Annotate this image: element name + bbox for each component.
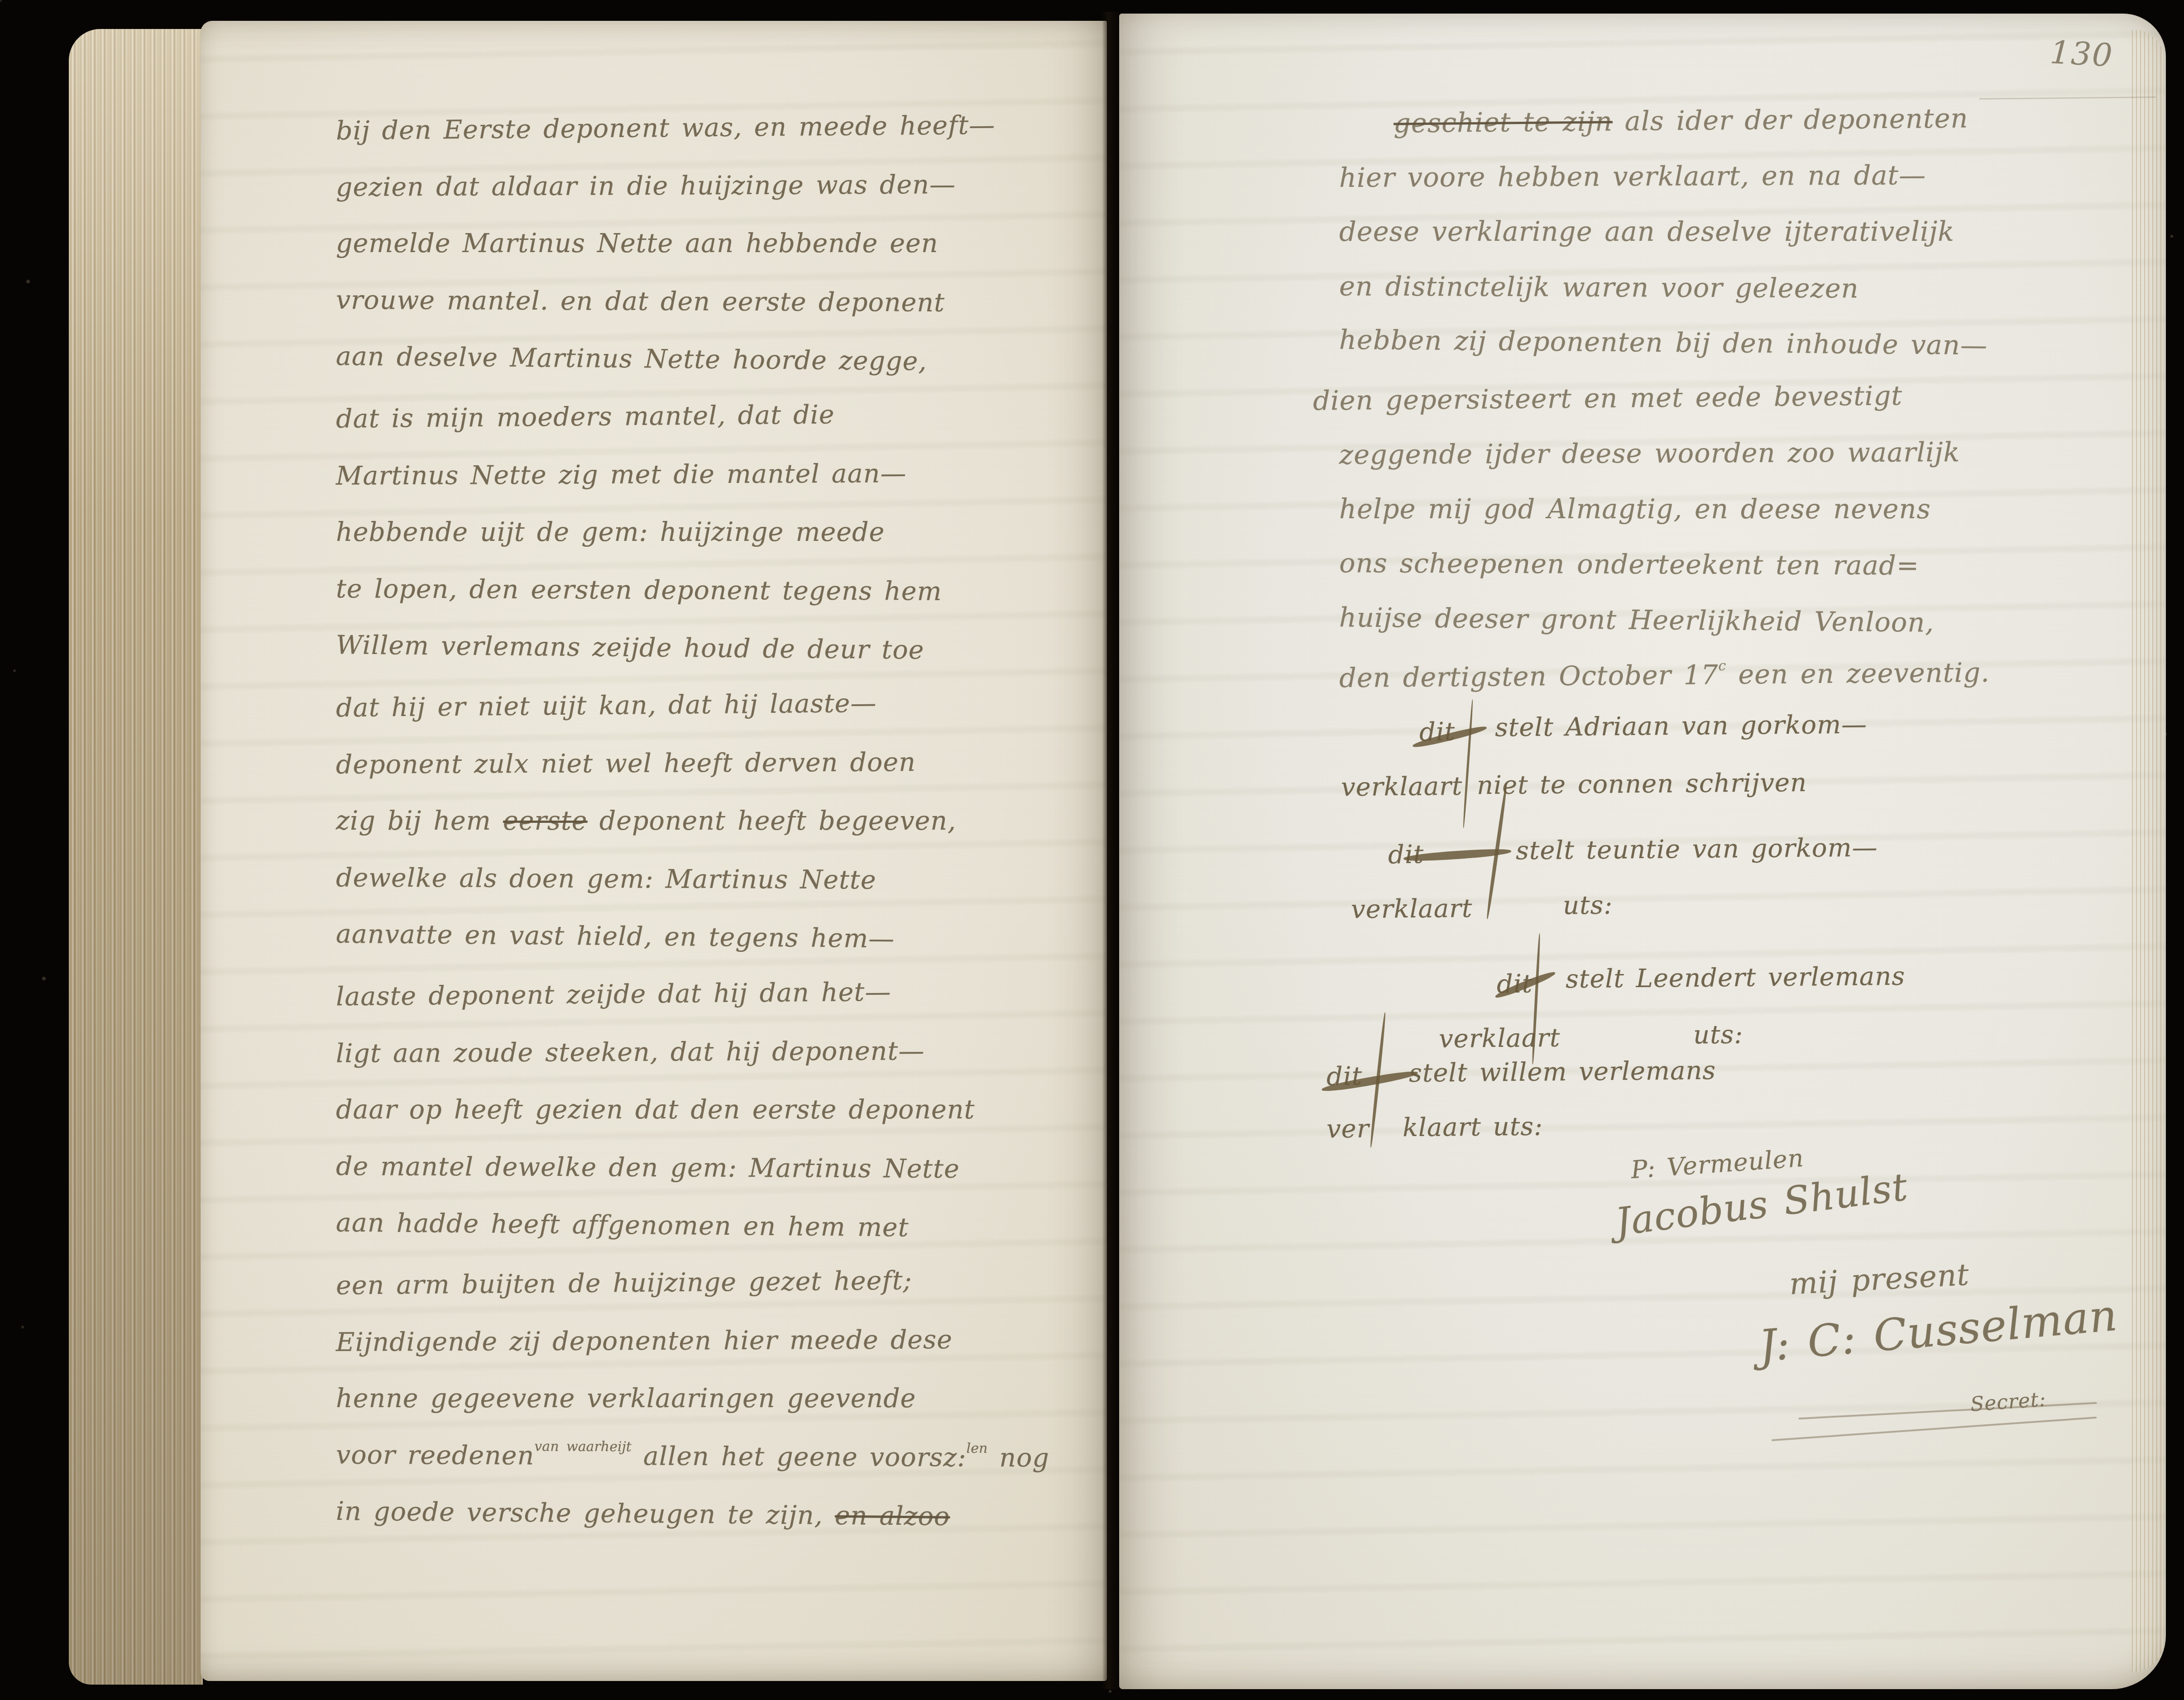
manuscript-line: aan deselve Martinus Nette hoorde zegge, [336,341,927,376]
signature-underline [1772,1417,2097,1441]
manuscript-line: gemelde Martinus Nette aan hebbende een [336,229,939,258]
text-run: hier voore hebben verklaart, en na dat— [1339,159,1926,193]
struck-text: geschiet te zijn [1394,105,1613,138]
manuscript-line: deponent zulx niet wel heeft derven doen [336,747,916,780]
text-run: en distinctelijk waren voor geleezen [1339,270,1859,304]
right-page: 130 geschiet te zijn als ider der depone… [1119,14,2166,1689]
text-run: helpe mij god Almagtig, en deese nevens [1339,493,1931,525]
text-run: vrouwe mantel. en dat den eerste deponen… [336,285,945,318]
page-number: 130 [2049,33,2114,74]
manuscript-line: Willem verlemans zeijde houd de deur toe [336,630,924,665]
text-run: ons scheepenen onderteekent ten raad= [1339,547,1920,581]
text-run: in goede versche geheugen te zijn, [336,1496,835,1531]
manuscript-line: henne gegeevene verklaaringen geevende [336,1384,916,1413]
manuscript-line: aanvatte en vast hield, en tegens hem— [336,919,895,954]
attestation-response: verklaart [1341,772,1463,802]
manuscript-line: Martinus Nette zig met die mantel aan— [336,458,907,491]
faint-ghost-rule [1979,96,2156,100]
attestation-statement: stelt teuntie van gorkom— [1516,833,1878,866]
manuscript-photo: bij den Eerste deponent was, en meede he… [0,0,2184,1700]
book-gutter [1102,12,1120,1689]
text-run: dien gepersisteert en met eede bevestigt [1313,380,1903,416]
signature: J: C: Cusselman [1757,1290,2120,1372]
superscript-insert: c [1718,658,1726,674]
manuscript-line: Eijndigende zij deponenten hier meede de… [336,1325,953,1357]
text-run: dat is mijn moeders mantel, dat die [336,400,835,434]
text-run: dat hij er niet uijt kan, dat hij laaste… [336,688,877,723]
struck-text: eerste [503,806,588,836]
manuscript-line: aan hadde heeft affgenomen en hem met [336,1208,909,1242]
text-run: bij den Eerste deponent was, en meede he… [336,110,996,146]
attestation-statement: stelt Adriaan van gorkom— [1495,710,1868,742]
manuscript-line: dien gepersisteert en met eede bevestigt [1313,380,1903,416]
dust-specks [0,0,2,2]
struck-text: en alzoo [835,1501,950,1532]
text-run: voor reedenen [336,1440,535,1471]
manuscript-line: hebbende uijt de gem: huijzinge meede [336,517,885,547]
fore-edge-shading [69,29,203,1685]
manuscript-line: bij den Eerste deponent was, en meede he… [336,110,996,146]
text-run: hebbende uijt de gem: huijzinge meede [336,517,885,547]
text-run: aan deselve Martinus Nette hoorde zegge, [336,341,927,376]
text-run: gezien dat aldaar in die huijzinge was d… [336,170,956,202]
manuscript-line: de mantel dewelke den gem: Martinus Nett… [336,1151,960,1184]
text-run: aan hadde heeft affgenomen en hem met [336,1208,909,1242]
signature: Secret: [1969,1388,2047,1416]
manuscript-line: geschiet te zijn als ider der deponenten [1394,102,1968,138]
left-page: bij den Eerste deponent was, en meede he… [201,21,1107,1681]
text-run: daar op heeft gezien dat den eerste depo… [336,1095,975,1125]
text-run: laaste deponent zeijde dat hij dan het— [336,977,891,1012]
manuscript-line: den dertigsten October 17c een en zeeven… [1339,657,1990,694]
bleedthrough-left [201,21,1107,1681]
text-run: te lopen, den eersten deponent tegens he… [336,574,942,606]
text-run: den dertigsten October 17 [1339,659,1719,693]
text-run: deponent zulx niet wel heeft derven doen [336,747,916,780]
text-run: henne gegeevene verklaaringen geevende [336,1384,916,1413]
attestation-response: klaart uts: [1403,1112,1543,1143]
text-run: gemelde Martinus Nette aan hebbende een [336,229,939,258]
text-run: als ider der deponenten [1613,102,1968,137]
signature: mij present [1788,1257,1970,1302]
witness-cross-mark [1462,699,1474,828]
signature-underline [1798,1402,2097,1420]
manuscript-line: zig bij hem eerste deponent heeft begeev… [336,806,956,836]
manuscript-line: helpe mij god Almagtig, en deese nevens [1339,493,1931,525]
manuscript-line: hebben zij deponenten bij den inhoude va… [1339,324,1988,361]
manuscript-line: daar op heeft gezien dat den eerste depo… [336,1095,975,1125]
attestation-response: niet te connen schrijven [1477,768,1807,800]
manuscript-line: ligt aan zoude steeken, dat hij deponent… [336,1036,925,1069]
manuscript-line: voor reedenenvan waarheijt allen het gee… [336,1440,1049,1473]
text-run: Eijndigende zij deponenten hier meede de… [336,1325,953,1357]
manuscript-line: in goede versche geheugen te zijn, en al… [336,1496,950,1532]
text-run: allen het geene voorsz: [632,1441,967,1472]
text-run: huijse deeser gront Heerlijkheid Venloon… [1339,602,1935,638]
attestation-response: verklaart [1351,894,1473,924]
manuscript-line: zeggende ijder deese woorden zoo waarlij… [1339,436,1960,470]
text-run: Willem verlemans zeijde houd de deur toe [336,630,924,665]
attestation-response: uts: [1563,891,1613,921]
text-run: zeggende ijder deese woorden zoo waarlij… [1339,436,1960,470]
text-run: nog [987,1443,1049,1473]
attestation-statement: stelt Leendert verlemans [1566,962,1906,994]
text-run: deponent heeft begeeven, [588,806,957,836]
text-run: de mantel dewelke den gem: Martinus Nett… [336,1151,960,1184]
manuscript-line: deese verklaringe aan deselve ijterative… [1339,216,1954,247]
manuscript-line: vrouwe mantel. en dat den eerste deponen… [336,285,945,318]
manuscript-line: ons scheepenen onderteekent ten raad= [1339,547,1920,581]
text-run: een en zeeventig. [1726,657,1990,690]
superscript-insert: van waarheijt [534,1438,632,1455]
superscript-insert: len [967,1441,988,1456]
text-run: dewelke als doen gem: Martinus Nette [336,863,876,895]
attestation-statement: stelt willem verlemans [1409,1056,1716,1088]
manuscript-line: te lopen, den eersten deponent tegens he… [336,574,942,606]
signature: P: Vermeulen [1630,1144,1805,1184]
book-fore-edge [69,29,203,1685]
attestation-response: uts: [1693,1020,1743,1050]
manuscript-line: en distinctelijk waren voor geleezen [1339,270,1859,304]
manuscript-line: huijse deeser gront Heerlijkheid Venloon… [1339,602,1935,638]
manuscript-line: dewelke als doen gem: Martinus Nette [336,863,876,895]
manuscript-line: gezien dat aldaar in die huijzinge was d… [336,170,956,202]
manuscript-line: een arm buijten de huijzinge gezet heeft… [336,1265,912,1300]
manuscript-line: hier voore hebben verklaart, en na dat— [1339,159,1926,193]
manuscript-line: laaste deponent zeijde dat hij dan het— [336,977,891,1012]
manuscript-line: dat is mijn moeders mantel, dat die [336,400,835,434]
manuscript-line: dat hij er niet uijt kan, dat hij laaste… [336,688,877,723]
attestation-response: verklaart [1439,1023,1561,1054]
text-run: ligt aan zoude steeken, dat hij deponent… [336,1036,925,1069]
text-run: zig bij hem [336,806,503,836]
page-edges-right [2131,30,2164,1673]
attestation-response: ver [1327,1114,1370,1144]
text-run: hebben zij deponenten bij den inhoude va… [1339,324,1988,361]
text-run: aanvatte en vast hield, en tegens hem— [336,919,895,954]
text-run: een arm buijten de huijzinge gezet heeft… [336,1265,912,1300]
text-run: deese verklaringe aan deselve ijterative… [1339,216,1954,247]
text-run: Martinus Nette zig met die mantel aan— [336,458,907,491]
